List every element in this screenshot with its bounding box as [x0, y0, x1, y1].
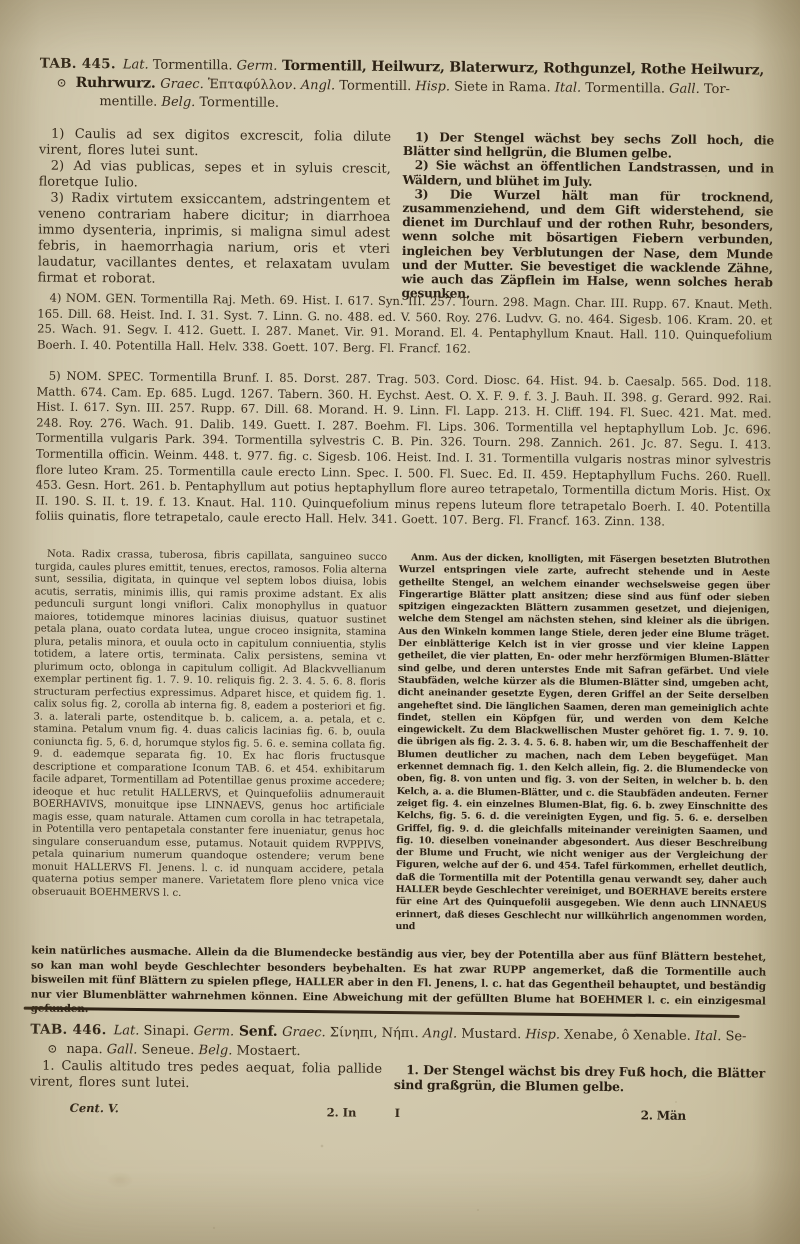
tab446-german-paragraph: 1. Der Stengel wächst bis drey Fuß hoch,…	[394, 1062, 765, 1096]
nota-latin-text: Nota. Radix crassa, tuberosa, fibris cap…	[32, 548, 387, 901]
tab445-label: TAB. 445.	[40, 56, 116, 73]
tab446-latin-column: 1. Caulis altitudo tres pedes aequat, fo…	[30, 1058, 382, 1093]
tab446-names-line2: napa. Gall. Seneue. Belg. Mostaert.	[66, 1042, 300, 1059]
nom-gen-text: 4) NOM. GEN. Tormentilla Raj. Meth. 69. …	[37, 291, 773, 360]
anm-german-column: Anm. Aus der dicken, knolligten, mit Fäs…	[395, 552, 770, 937]
catchword: 2. Män	[641, 1108, 686, 1122]
description-columns: 1) Caulis ad sex digitos excrescit, foli…	[38, 127, 775, 304]
nota-latin-column: Nota. Radix crassa, tuberosa, fibris cap…	[31, 548, 387, 933]
page-content: TAB. 445.Lat. Tormentilla. Germ. Torment…	[0, 0, 800, 1244]
scanned-book-page: { "page": { "paper_color": "#d2c9ae", "i…	[0, 0, 800, 1244]
nom-gen-section: 4) NOM. GEN. Tormentilla Raj. Meth. 69. …	[37, 291, 773, 360]
german-column: 1) Der Stengel wächst bey sechs Zoll hoc…	[401, 130, 774, 304]
nom-spec-text: 5) NOM. SPEC. Tormentilla Brunf. I. 85. …	[35, 369, 771, 532]
annual-plant-symbol-icon: ⊙	[47, 1042, 57, 1056]
nom-spec-section: 5) NOM. SPEC. Tormentilla Brunf. I. 85. …	[35, 369, 771, 532]
tab445-names-line3: mentille. Belg. Tormentille.	[99, 94, 279, 111]
latin-paragraph-3: 3) Radix virtutem exsiccantem, adstringe…	[38, 191, 391, 290]
tab446-description-columns: 1. Caulis altitudo tres pedes aequat, fo…	[30, 1058, 765, 1097]
german-paragraph-2: 2) Sie wächst an öffentlichen Landstrass…	[403, 158, 774, 190]
tab445-header: TAB. 445.Lat. Tormentilla. Germ. Torment…	[39, 55, 777, 118]
latin-paragraph-1: 1) Caulis ad sex digitos excrescit, foli…	[39, 127, 391, 162]
latin-column: 1) Caulis ad sex digitos excrescit, foli…	[38, 127, 392, 301]
latin-paragraph-2: 2) Ad vias publicas, sepes et in syluis …	[39, 159, 391, 194]
tab446-latin-paragraph: 1. Caulis altitudo tres pedes aequat, fo…	[30, 1058, 382, 1093]
german-paragraph-1: 1) Der Stengel wächst bey sechs Zoll hoc…	[403, 130, 774, 162]
german-paragraph-3: 3) Die Wurzel hält man für trocknend, zu…	[401, 187, 773, 304]
anm-german-text: Anm. Aus der dicken, knolligten, mit Fäs…	[395, 552, 770, 937]
volume-label: Cent. V.	[70, 1101, 119, 1115]
annual-plant-symbol-icon: ⊙	[56, 76, 66, 90]
tab446-label: TAB. 446.	[30, 1021, 106, 1038]
signature-mark: I	[395, 1106, 401, 1120]
tab446-german-column: 1. Der Stengel wächst bis drey Fuß hoch,…	[394, 1062, 765, 1098]
signature-left: 2. In	[327, 1105, 357, 1119]
nota-columns: Nota. Radix crassa, tuberosa, fibris cap…	[31, 548, 770, 936]
